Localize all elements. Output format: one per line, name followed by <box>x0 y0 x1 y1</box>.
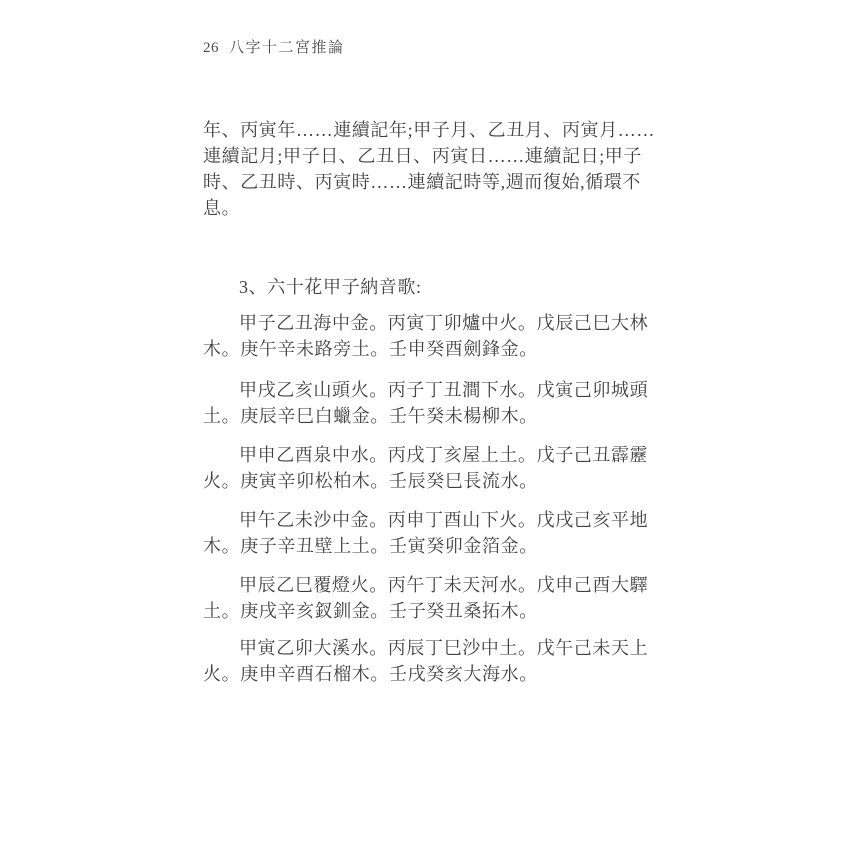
stanza-line: 火。庚申辛酉石榴木。壬戌癸亥大海水。 <box>203 661 648 687</box>
section-heading: 3、六十花甲子納音歌: <box>239 274 422 300</box>
stanza-line: 土。庚辰辛巳白蠟金。壬午癸未楊柳木。 <box>203 403 648 429</box>
stanza-line: 甲申乙酉泉中水。丙戌丁亥屋上土。戊子己丑霹靂 <box>203 442 648 468</box>
stanza-line: 木。庚子辛丑壁上土。壬寅癸卯金箔金。 <box>203 533 648 559</box>
intro-line: 年、丙寅年……連續記年;甲子月、乙丑月、丙寅月…… <box>203 117 655 143</box>
stanza-line: 火。庚寅辛卯松柏木。壬辰癸巳長流水。 <box>203 468 648 494</box>
intro-line: 息。 <box>203 195 655 221</box>
book-page: 26八字十二宮推論 年、丙寅年……連續記年;甲子月、乙丑月、丙寅月…… 連續記月… <box>0 0 850 850</box>
nayin-stanza: 甲申乙酉泉中水。丙戌丁亥屋上土。戊子己丑霹靂 火。庚寅辛卯松柏木。壬辰癸巳長流水… <box>203 442 648 494</box>
stanza-line: 土。庚戌辛亥釵釧金。壬子癸丑桑拓木。 <box>203 598 648 624</box>
stanza-line: 甲戌乙亥山頭火。丙子丁丑澗下水。戊寅己卯城頭 <box>203 377 648 403</box>
book-title: 八字十二宮推論 <box>229 40 345 56</box>
stanza-line: 甲寅乙卯大溪水。丙辰丁巳沙中土。戊午己未天上 <box>203 635 648 661</box>
nayin-stanza: 甲寅乙卯大溪水。丙辰丁巳沙中土。戊午己未天上 火。庚申辛酉石榴木。壬戌癸亥大海水… <box>203 635 648 687</box>
nayin-stanza: 甲辰乙巳覆燈火。丙午丁未天河水。戊申己酉大驛 土。庚戌辛亥釵釧金。壬子癸丑桑拓木… <box>203 572 648 624</box>
intro-paragraph: 年、丙寅年……連續記年;甲子月、乙丑月、丙寅月…… 連續記月;甲子日、乙丑日、丙… <box>203 117 655 221</box>
nayin-stanza: 甲戌乙亥山頭火。丙子丁丑澗下水。戊寅己卯城頭 土。庚辰辛巳白蠟金。壬午癸未楊柳木… <box>203 377 648 429</box>
stanza-line: 甲午乙未沙中金。丙申丁酉山下火。戊戌己亥平地 <box>203 507 648 533</box>
stanza-line: 木。庚午辛未路旁土。壬申癸酉劍鋒金。 <box>203 336 648 362</box>
intro-line: 連續記月;甲子日、乙丑日、丙寅日……連續記日;甲子 <box>203 143 655 169</box>
stanza-line: 甲子乙丑海中金。丙寅丁卯爐中火。戊辰己巳大林 <box>203 310 648 336</box>
nayin-stanza: 甲午乙未沙中金。丙申丁酉山下火。戊戌己亥平地 木。庚子辛丑壁上土。壬寅癸卯金箔金… <box>203 507 648 559</box>
page-header: 26八字十二宮推論 <box>203 36 345 57</box>
stanza-line: 甲辰乙巳覆燈火。丙午丁未天河水。戊申己酉大驛 <box>203 572 648 598</box>
nayin-stanza: 甲子乙丑海中金。丙寅丁卯爐中火。戊辰己巳大林 木。庚午辛未路旁土。壬申癸酉劍鋒金… <box>203 310 648 362</box>
page-number: 26 <box>203 40 219 56</box>
intro-line: 時、乙丑時、丙寅時……連續記時等,週而復始,循環不 <box>203 169 655 195</box>
